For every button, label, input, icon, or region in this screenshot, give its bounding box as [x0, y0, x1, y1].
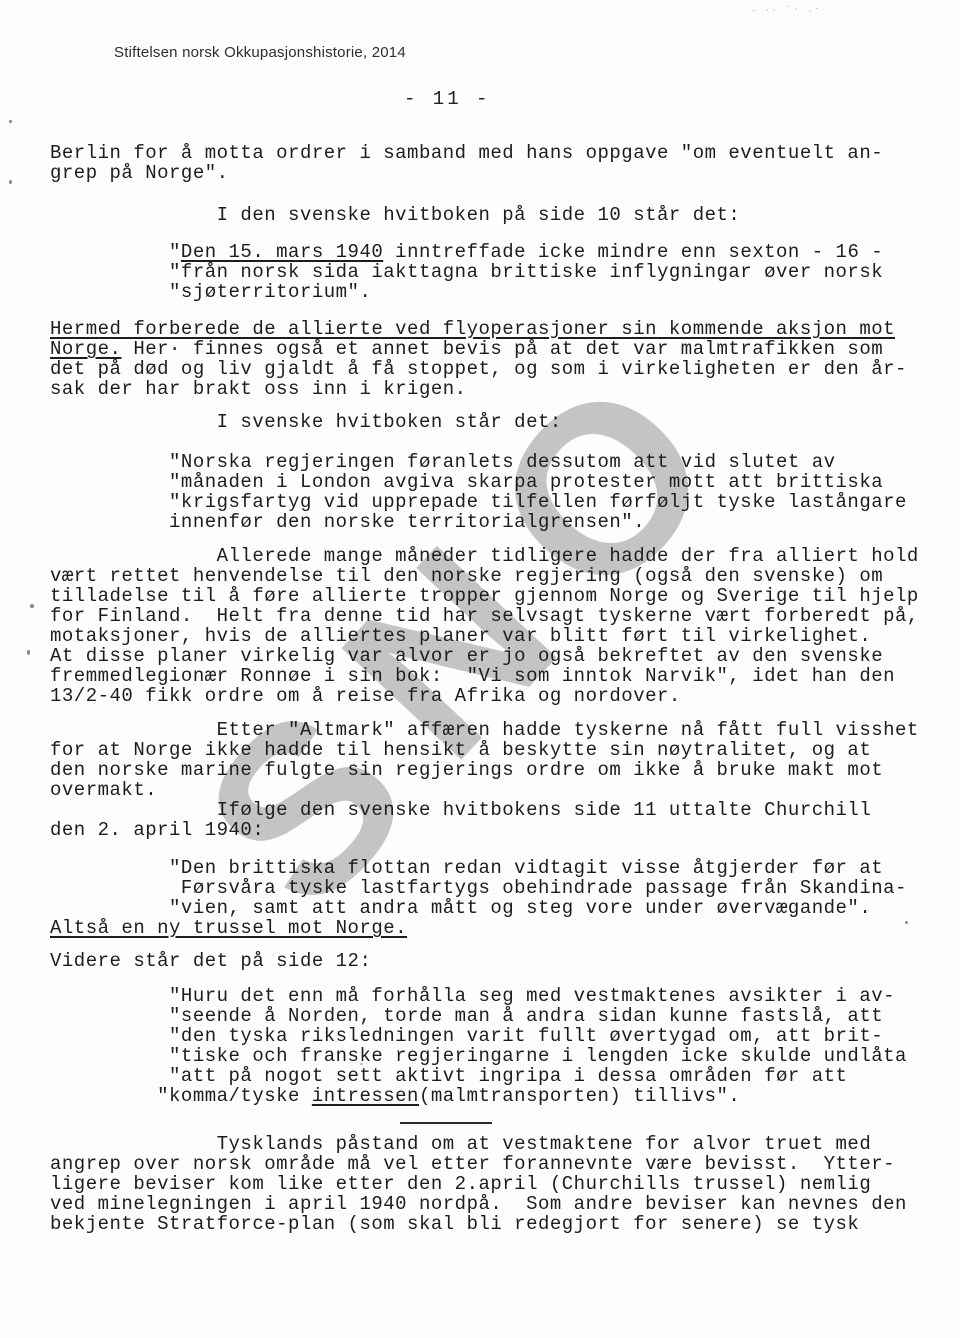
text-line: "Den brittiska flottan redan vidtagit vi… — [50, 858, 960, 878]
text-line: "krigsfartyg vid upprepade tilfellen før… — [50, 492, 960, 512]
text-line: Berlin for å motta ordrer i samband med … — [50, 143, 960, 163]
separator-line — [400, 1112, 492, 1124]
text-line: "Norska regjeringen føranlets dessutom a… — [50, 452, 960, 472]
text-line: det på død og liv gjaldt å få stoppet, o… — [50, 359, 960, 379]
text-line: grep på Norge". — [50, 163, 960, 183]
text-line: overmakt. — [50, 780, 960, 800]
page-number: - 11 - — [404, 88, 490, 110]
ink-speck — [9, 120, 12, 123]
text-line: Ifølge den svenske hvitbokens side 11 ut… — [50, 800, 960, 820]
corner-specks: · ·· ˙· .· — [752, 1, 912, 17]
text-line: "den tyska riksledningen varit fullt øve… — [50, 1026, 960, 1046]
text-line: Tysklands påstand om at vestmaktene for … — [50, 1134, 960, 1154]
text-line: "Huru det enn må forhålla seg med vestma… — [50, 986, 960, 1006]
text-line: angrep over norsk område må vel etter fo… — [50, 1154, 960, 1174]
text-line: "sjøterritorium". — [50, 282, 960, 302]
text-line: Førsvåra tyske lastfartygs obehindrade p… — [50, 878, 960, 898]
text-line: "Den 15. mars 1940 inntreffade icke mind… — [50, 242, 960, 262]
text-line: "att på nogot sett aktivt ingripa i dess… — [50, 1066, 960, 1086]
text-line: "tiske och franske regjeringarne i lengd… — [50, 1046, 960, 1066]
text-line: ligere beviser kom like etter den 2.apri… — [50, 1174, 960, 1194]
text-line: Etter "Altmark" affæren hadde tyskerne n… — [50, 720, 960, 740]
text-line: tilladelse til å føre allierte tropper g… — [50, 586, 960, 606]
text-line: fremmedlegionær Ronnøe i sin bok: "Vi so… — [50, 666, 960, 686]
text-line: innenfør den norske territorialgrensen". — [50, 512, 960, 532]
text-line: "komma/tyske intressen(malmtransporten) … — [50, 1086, 960, 1106]
text-line: 13/2-40 fikk ordre om å reise fra Afrika… — [50, 686, 960, 706]
text-line: Hermed forberede de allierte ved flyoper… — [50, 319, 960, 339]
text-line: for Finland. Helt fra denne tid har selv… — [50, 606, 960, 626]
text-line: "vien, samt att andra mått og steg vore … — [50, 898, 960, 918]
text-line: ved minelegningen i april 1940 nordpå. S… — [50, 1194, 960, 1214]
text-line: vært rettet henvendelse til den norske r… — [50, 566, 960, 586]
text-line: "månaden i London avgiva skarpa proteste… — [50, 472, 960, 492]
text-line: Allerede mange måneder tidligere hadde d… — [50, 546, 960, 566]
text-line: bekjente Stratforce-plan (som skal bli r… — [50, 1214, 960, 1234]
text-line: Altså en ny trussel mot Norge. — [50, 918, 960, 938]
text-line: for at Norge ikke hadde til hensikt å be… — [50, 740, 960, 760]
text-line: den norske marine fulgte sin regjerings … — [50, 760, 960, 780]
text-line: Videre står det på side 12: — [50, 951, 960, 971]
text-line: den 2. april 1940: — [50, 820, 960, 840]
text-line: I svenske hvitboken står det: — [50, 412, 960, 432]
text-line: "seende å Norden, torde man å andra sida… — [50, 1006, 960, 1026]
text-line: At disse planer virkelig var alvor er jo… — [50, 646, 960, 666]
text-line: "från norsk sida iakttagna brittiske inf… — [50, 262, 960, 282]
text-line: I den svenske hvitboken på side 10 står … — [50, 205, 960, 225]
text-line: motaksjoner, hvis de alliertes planer va… — [50, 626, 960, 646]
text-line: sak der har brakt oss inn i krigen. — [50, 379, 960, 399]
text-line: Norge. Her· finnes også et annet bevis p… — [50, 339, 960, 359]
archive-stamp: Stiftelsen norsk Okkupasjonshistorie, 20… — [114, 44, 406, 61]
document-lines: Berlin for å motta ordrer i samband med … — [0, 143, 960, 1234]
